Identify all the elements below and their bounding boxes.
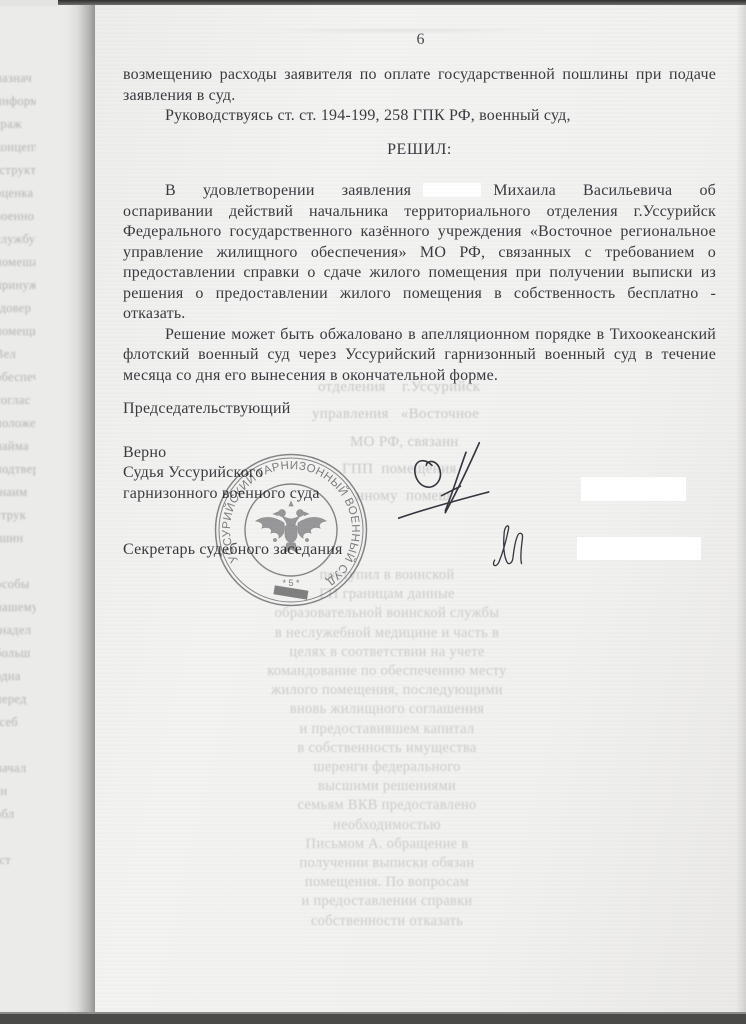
ghost-text-line: информ (0, 94, 36, 117)
ghost-text-fragment: отделения г.Уссурийск (318, 379, 480, 396)
ghost-text-line: оценка (0, 186, 36, 209)
paper-crease (250, 29, 550, 32)
ghost-text-line: (структ (0, 163, 36, 186)
ghost-text-line: и предоставлении справки (237, 892, 537, 911)
scan-bottom-edge (0, 1014, 746, 1024)
ghost-text-line: соглас (0, 393, 36, 416)
ghost-text-line (0, 48, 36, 71)
redaction-box-judge-name (581, 477, 686, 501)
paragraph-decision: В удовлетворении заявленияМихаила Василь… (123, 181, 716, 325)
decision-text-before-redaction: В удовлетворении заявления (165, 182, 411, 199)
ghost-text-line: перед (0, 692, 36, 715)
ghost-text-line: Вел (0, 347, 36, 370)
ghost-text-line: (наим (0, 485, 36, 508)
paragraph-appeal: Решение может быть обжаловано в апелляци… (123, 325, 716, 387)
left-edge-ghost-text: пазначинформгражконцепту(структоценкавое… (0, 48, 36, 876)
ghost-text-line: службу (0, 232, 36, 255)
double-headed-eagle-icon (256, 502, 326, 554)
ghost-text-line (0, 554, 36, 577)
ghost-text-line: обл (0, 807, 36, 830)
ghost-text-line: (шин (0, 531, 36, 554)
ghost-text-line: помеша (0, 255, 36, 278)
ghost-text-line: и предоставившем капитал (237, 720, 537, 739)
scan-top-edge (0, 0, 746, 5)
ghost-text-line: нашему (0, 600, 36, 623)
ghost-text-line: военно (0, 209, 36, 232)
ghost-text-line: особы (0, 577, 36, 600)
ghost-text-line: обеспеч (0, 370, 36, 393)
decision-heading: РЕШИЛ: (123, 140, 716, 161)
ghost-text-line: принуж (0, 278, 36, 301)
ghost-text-line: высшими решениями (237, 777, 537, 796)
ghost-text-line: положен (0, 416, 36, 439)
paragraph-guided-by: Руководствуясь ст. ст. 194-199, 258 ГПК … (123, 106, 716, 127)
ghost-text-line: шеренги федерального (237, 758, 537, 777)
paragraph-continuation: возмещению расходы заявителя по оплате г… (123, 65, 716, 106)
ghost-text-line: жилого помещения, последующими (237, 681, 537, 700)
ghost-text-line: (надел (0, 623, 36, 646)
scanned-court-document: пазначинформгражконцепту(структоценкавое… (0, 0, 746, 1024)
ghost-text-line: командование по обеспечению месту (237, 662, 537, 681)
scan-top-left-gap (0, 0, 58, 6)
ghost-text-line: семьям ВКВ предоставлено (237, 796, 537, 815)
judge-signature (398, 434, 502, 530)
ghost-text-line: Письмом А. обращение в (237, 835, 537, 854)
ghost-text-line: гн (0, 784, 36, 807)
ghost-text-line: одна (0, 669, 36, 692)
ghost-text-line: необходимостью (237, 816, 537, 835)
redaction-box-name (423, 183, 481, 197)
book-page-edge: пазначинформгражконцепту(структоценкавое… (0, 0, 97, 1024)
ghost-text-line: концепту (0, 140, 36, 163)
ghost-text-line: получении выписки обязан (237, 854, 537, 873)
ghost-text-line: пазнач (0, 71, 36, 94)
ghost-text-line: подтвер (0, 462, 36, 485)
scan-right-shadow (736, 0, 746, 1024)
ghost-text-line: (ст (0, 853, 36, 876)
ghost-text-block: поступил в воинскойГП границам данныеобр… (237, 566, 537, 931)
ghost-text-line: граж (0, 117, 36, 140)
ghost-text-line: помещения. По вопросам (237, 873, 537, 892)
ghost-text-line: целях в соответствии на учете (237, 643, 537, 662)
ghost-text-line: начал (0, 761, 36, 784)
ghost-text-line: струк (0, 508, 36, 531)
redaction-box-secretary-name (577, 537, 701, 560)
ghost-text-line: помещи (0, 324, 36, 347)
court-seal-stamp: УССУРИЙСКИЙ ГАРНИЗОННЫЙ ВОЕННЫЙ СУД * 5 … (211, 450, 371, 610)
page-number: 6 (95, 31, 746, 51)
ghost-text-line: найма (0, 439, 36, 462)
seal-center-mark: * 5 * (282, 578, 300, 588)
ghost-text-line: вновь жилищного соглашения (237, 700, 537, 719)
ghost-text-line (0, 738, 36, 761)
decision-text-after-redaction: Михаила Васильевича об оспаривании дейст… (123, 182, 716, 322)
ghost-text-line: в собственность имущества (237, 739, 537, 758)
ghost-text-line: в неслужебной медицине и часть в (237, 624, 537, 643)
ghost-text-line: (довер (0, 301, 36, 324)
ghost-text-fragment: управления «Восточное (312, 406, 479, 423)
ghost-text-line: (себ (0, 715, 36, 738)
ghost-text-line: больш (0, 646, 36, 669)
ghost-text-line: собственности отказать (237, 912, 537, 931)
secretary-signature (486, 517, 538, 572)
ghost-text-line (0, 830, 36, 853)
